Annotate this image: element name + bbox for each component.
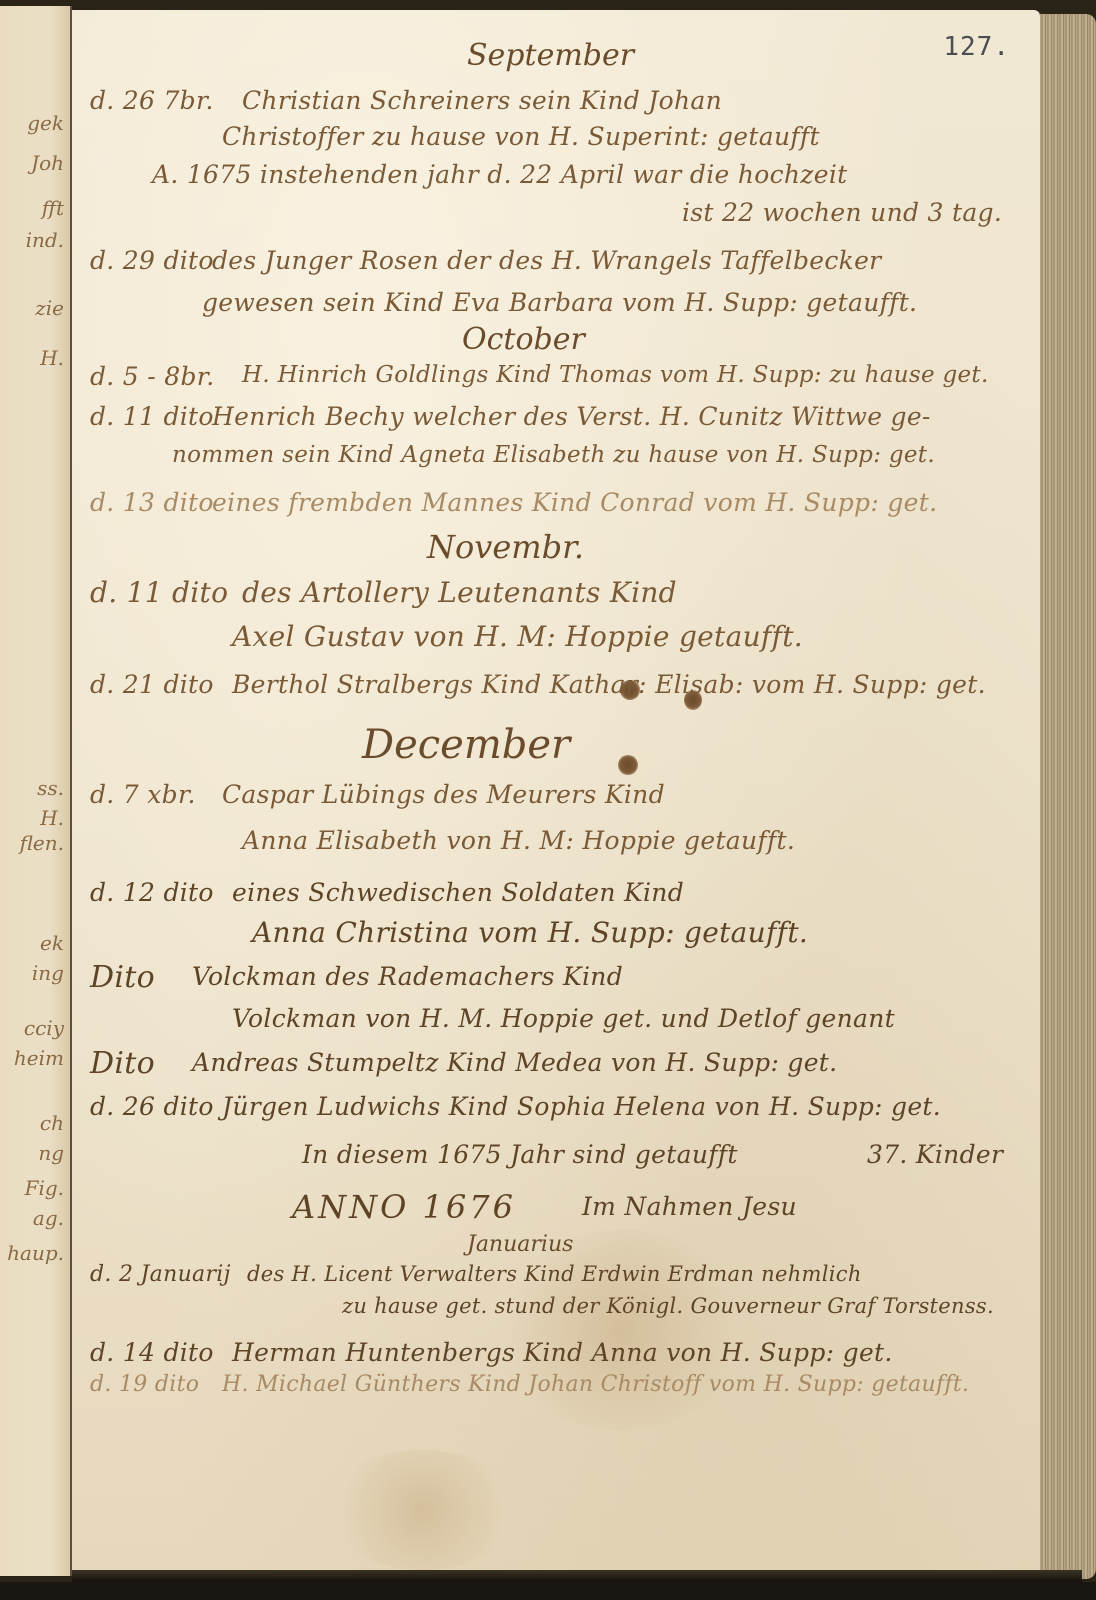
entry-date: d. 5 - 8br. — [90, 362, 215, 391]
month-heading-november: Novembr. — [427, 528, 584, 566]
year-summary-count: 37. Kinder — [867, 1140, 1003, 1169]
year-heading-invocation: Im Nahmen Jesu — [582, 1192, 797, 1221]
month-heading-september: September — [467, 38, 634, 73]
left-page-fragment: ng — [38, 1141, 64, 1165]
entry-line: Henrich Bechy welcher des Verst. H. Cuni… — [212, 402, 931, 431]
entry-date: d. 21 dito — [90, 670, 214, 699]
entry-line: Jürgen Ludwichs Kind Sophia Helena von H… — [222, 1092, 941, 1121]
year-heading: ANNO 1676 — [292, 1188, 516, 1226]
entry-line: des Junger Rosen der des H. Wrangels Taf… — [212, 246, 881, 275]
left-page-fragment: ind. — [26, 228, 64, 252]
entry-date: d. 26 dito — [90, 1092, 214, 1121]
entry-line: H. Michael Günthers Kind Johan Christoff… — [222, 1372, 969, 1397]
left-page-edge: gek Joh fft ind. zie H. ss. H. flen. ek … — [0, 6, 72, 1576]
left-page-fragment: zie — [35, 296, 64, 320]
month-heading-october: October — [462, 322, 585, 357]
entry-date: d. 29 dito — [90, 246, 214, 275]
left-page-fragment: H. — [40, 806, 64, 830]
book-scan: gek Joh fft ind. zie H. ss. H. flen. ek … — [0, 0, 1096, 1582]
entry-date: d. 14 dito — [90, 1338, 214, 1367]
entry-line: Anna Christina vom H. Supp: getaufft. — [252, 916, 808, 949]
entry-line: Andreas Stumpeltz Kind Medea von H. Supp… — [192, 1048, 837, 1077]
water-stain — [492, 1230, 752, 1430]
entry-date: d. 11 dito — [90, 402, 214, 431]
manuscript-page: 127. September d. 26 7br. Christian Schr… — [72, 10, 1040, 1578]
month-heading-december: December — [362, 722, 570, 768]
water-stain — [322, 1450, 522, 1570]
entry-line: Berthol Stralbergs Kind Kathar: Elisab: … — [232, 670, 986, 699]
entry-line: Christian Schreiners sein Kind Johan — [242, 86, 722, 115]
page-number: 127. — [943, 32, 1010, 62]
entry-date: d. 12 dito — [90, 878, 214, 907]
entry-line: A. 1675 instehenden jahr d. 22 April war… — [152, 160, 848, 189]
left-page-fragment: fft — [42, 196, 64, 220]
entry-date: d. 11 dito — [90, 576, 228, 609]
left-page-fragment: ek — [40, 931, 64, 955]
page-edges — [1040, 14, 1096, 1579]
left-page-fragment: gek — [27, 111, 64, 135]
entry-line: Caspar Lübings des Meurers Kind — [222, 780, 665, 809]
left-page-fragment: cciy — [24, 1016, 64, 1040]
entry-line: Anna Elisabeth von H. M: Hoppie getaufft… — [242, 826, 795, 855]
left-page-fragment: ing — [32, 961, 64, 985]
left-page-fragment: ag. — [33, 1206, 64, 1230]
entry-date: d. 7 xbr. — [90, 780, 196, 809]
left-page-fragment: Joh — [31, 151, 64, 175]
left-page-fragment: ss. — [37, 776, 64, 800]
entry-line: ist 22 wochen und 3 tag. — [682, 198, 1002, 227]
left-page-fragment: haup. — [7, 1241, 64, 1265]
entry-line: nommen sein Kind Agneta Elisabeth zu hau… — [172, 442, 935, 468]
entry-line: zu hause get. stund der Königl. Gouverne… — [342, 1294, 994, 1318]
entry-line: Christoffer zu hause von H. Superint: ge… — [222, 122, 820, 151]
entry-line: Herman Huntenbergs Kind Anna von H. Supp… — [232, 1338, 893, 1367]
year-summary-text: In diesem 1675 Jahr sind getaufft — [302, 1140, 738, 1169]
left-page-fragment: heim — [14, 1046, 64, 1070]
entry-date: Dito — [90, 960, 155, 995]
entry-line: Volckman des Rademachers Kind — [192, 962, 623, 991]
book-bottom-edge — [72, 1570, 1082, 1582]
ink-blot — [618, 755, 638, 775]
left-page-fragment: Fig. — [25, 1176, 64, 1200]
entry-date: d. 19 dito — [90, 1372, 199, 1397]
entry-date: Dito — [90, 1046, 155, 1081]
entry-line: des H. Licent Verwalters Kind Erdwin Erd… — [247, 1262, 862, 1286]
entry-line: Axel Gustav von H. M: Hoppie getaufft. — [232, 620, 803, 653]
entry-date: d. 13 dito — [90, 488, 214, 517]
left-page-fragment: ch — [40, 1111, 64, 1135]
entry-line: Volckman von H. M. Hoppie get. und Detlo… — [232, 1004, 895, 1033]
entry-date: d. 2 Januarij — [90, 1262, 231, 1287]
entry-line: eines frembden Mannes Kind Conrad vom H.… — [212, 488, 937, 517]
entry-line: eines Schwedischen Soldaten Kind — [232, 878, 684, 907]
entry-line: des Artollery Leutenants Kind — [242, 576, 677, 609]
entry-line: H. Hinrich Goldlings Kind Thomas vom H. … — [242, 362, 989, 388]
left-page-fragment: H. — [40, 346, 64, 370]
month-heading-january: Januarius — [467, 1232, 573, 1257]
left-page-fragment: flen. — [20, 831, 64, 855]
entry-line: gewesen sein Kind Eva Barbara vom H. Sup… — [202, 288, 917, 317]
entry-date: d. 26 7br. — [90, 86, 214, 115]
